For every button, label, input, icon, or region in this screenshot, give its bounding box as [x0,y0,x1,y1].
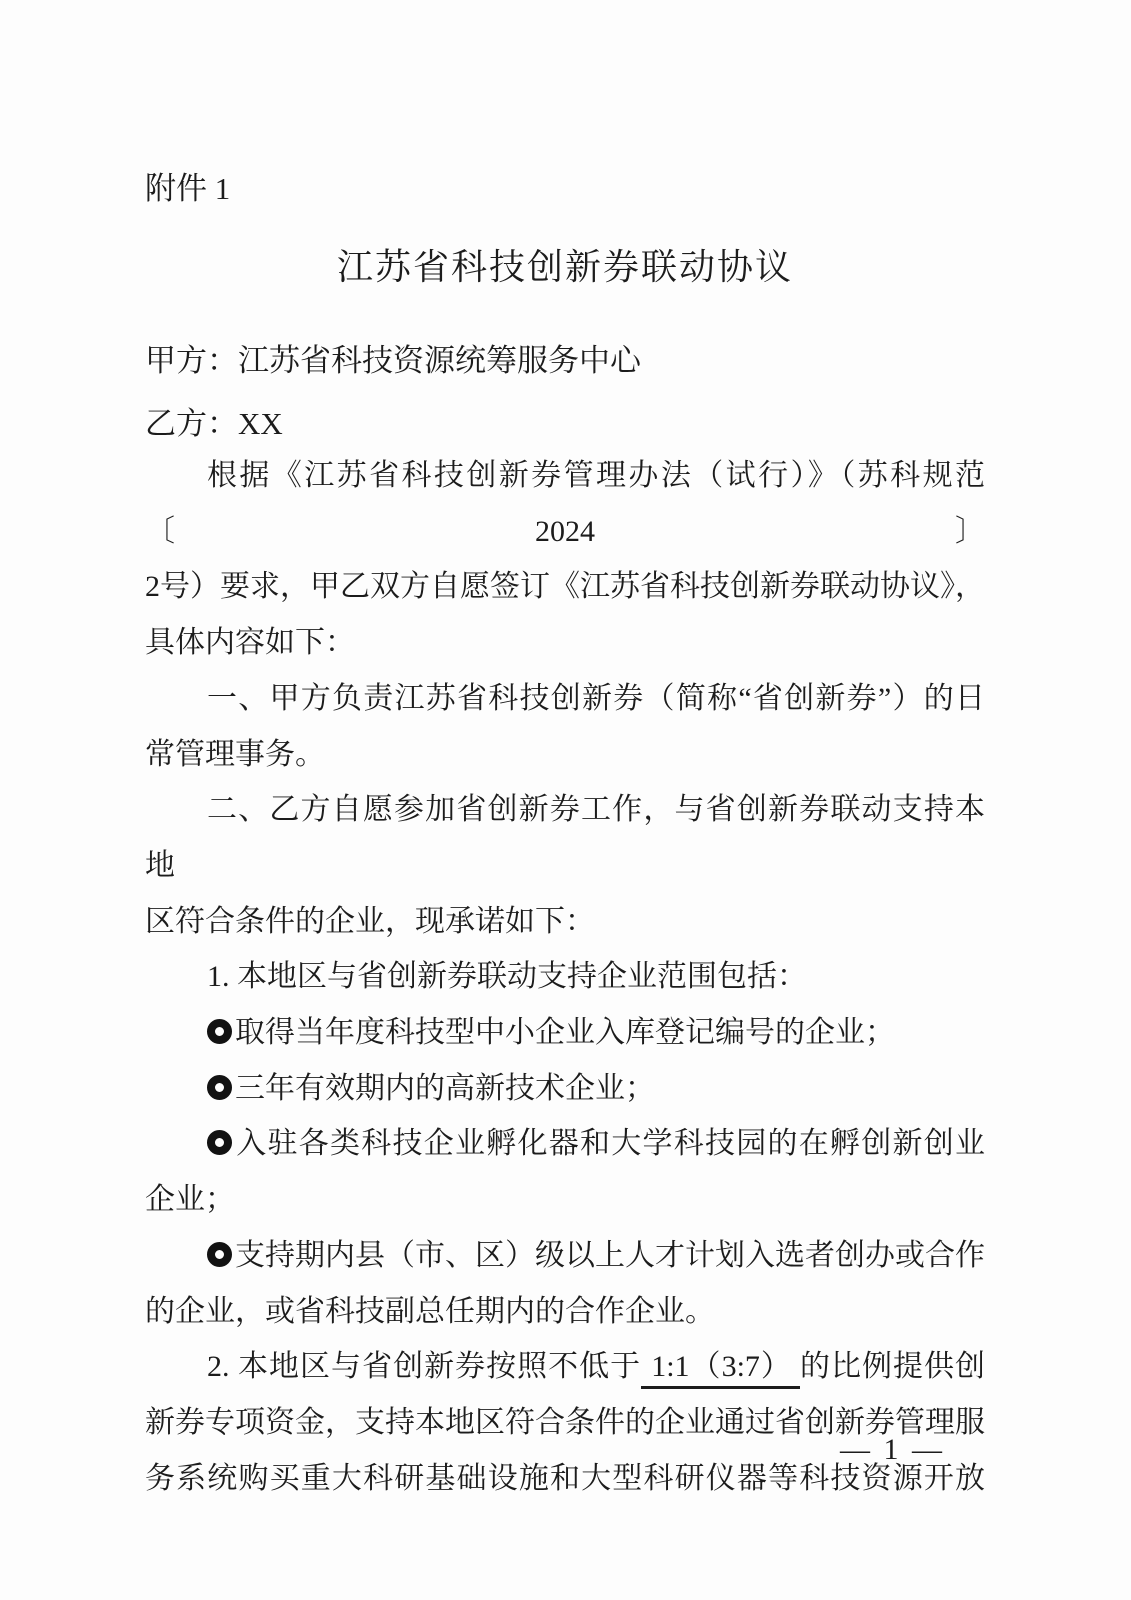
line-text: 二、乙方自愿参加省创新券工作，与省创新券联动支持本地 [145,793,985,882]
body-line bullet-line: 入驻各类科技企业孵化器和大学科技园的在孵创新创业 [145,1116,985,1172]
line-text: 的比例提供创 [800,1350,985,1383]
line-text: 企业； [145,1183,235,1216]
line-text: 支持期内县（市、区）级以上人才计划入选者创办或合作 [235,1239,985,1272]
body-line: 常管理事务。 [145,727,985,783]
body-line: 一、甲方负责江苏省科技创新券（简称“省创新券”）的日 [145,671,985,727]
line-text: 2. 本地区与省创新券按照不低于 [207,1350,641,1383]
document-page: 附件 1 江苏省科技创新券联动协议 甲方：江苏省科技资源统筹服务中心 乙方：XX… [0,0,1131,1600]
document-title: 江苏省科技创新券联动协议 [145,246,985,288]
body-text: 根据《江苏省科技创新券管理办法（试行）》（苏科规范〔2024〕 2号）要求，甲乙… [145,448,985,1506]
ring-bullet-icon [207,1075,232,1100]
line-text: 具体内容如下： [145,626,355,659]
body-line bullet-line: 三年有效期内的高新技术企业； [145,1061,985,1117]
body-line: 2号）要求，甲乙双方自愿签订《江苏省科技创新券联动协议》， [145,559,985,615]
body-line: 2. 本地区与省创新券按照不低于1:1（3:7）的比例提供创 [145,1339,985,1395]
body-line: 具体内容如下： [145,615,985,671]
line-text: 取得当年度科技型中小企业入库登记编号的企业； [235,1016,895,1049]
ring-bullet-icon [207,1130,232,1155]
line-text: 常管理事务。 [145,738,325,771]
ring-bullet-icon [207,1242,232,1267]
body-line bullet-line: 取得当年度科技型中小企业入库登记编号的企业； [145,1005,985,1061]
line-text: 根据《江苏省科技创新券管理办法（试行）》（苏科规范〔2024〕 [145,459,985,548]
line-text: 区符合条件的企业，现承诺如下： [145,905,595,938]
attachment-label: 附件 1 [145,170,230,208]
body-line: 的企业，或省科技副总任期内的合作企业。 [145,1284,985,1340]
body-line bullet-line: 支持期内县（市、区）级以上人才计划入选者创办或合作 [145,1228,985,1284]
page-number: — 1 — [840,1433,945,1467]
line-text: 三年有效期内的高新技术企业； [235,1072,655,1105]
line-text: 1. 本地区与省创新券联动支持企业范围包括： [207,960,807,993]
line-text: 2号）要求，甲乙双方自愿签订《江苏省科技创新券联动协议》， [145,570,985,603]
ring-bullet-icon [207,1019,232,1044]
party-b-line: 乙方：XX [145,405,283,443]
body-line: 区符合条件的企业，现承诺如下： [145,894,985,950]
body-line: 二、乙方自愿参加省创新券工作，与省创新券联动支持本地 [145,782,985,893]
party-a-line: 甲方：江苏省科技资源统筹服务中心 [145,342,641,380]
line-text: 一、甲方负责江苏省科技创新券（简称“省创新券”）的日 [207,682,985,715]
ratio-underlined-value: 1:1（3:7） [641,1350,800,1389]
body-line: 根据《江苏省科技创新券管理办法（试行）》（苏科规范〔2024〕 [145,448,985,559]
line-text: 入驻各类科技企业孵化器和大学科技园的在孵创新创业 [235,1127,985,1160]
body-line: 企业； [145,1172,985,1228]
body-line: 1. 本地区与省创新券联动支持企业范围包括： [145,949,985,1005]
line-text: 的企业，或省科技副总任期内的合作企业。 [145,1295,715,1328]
